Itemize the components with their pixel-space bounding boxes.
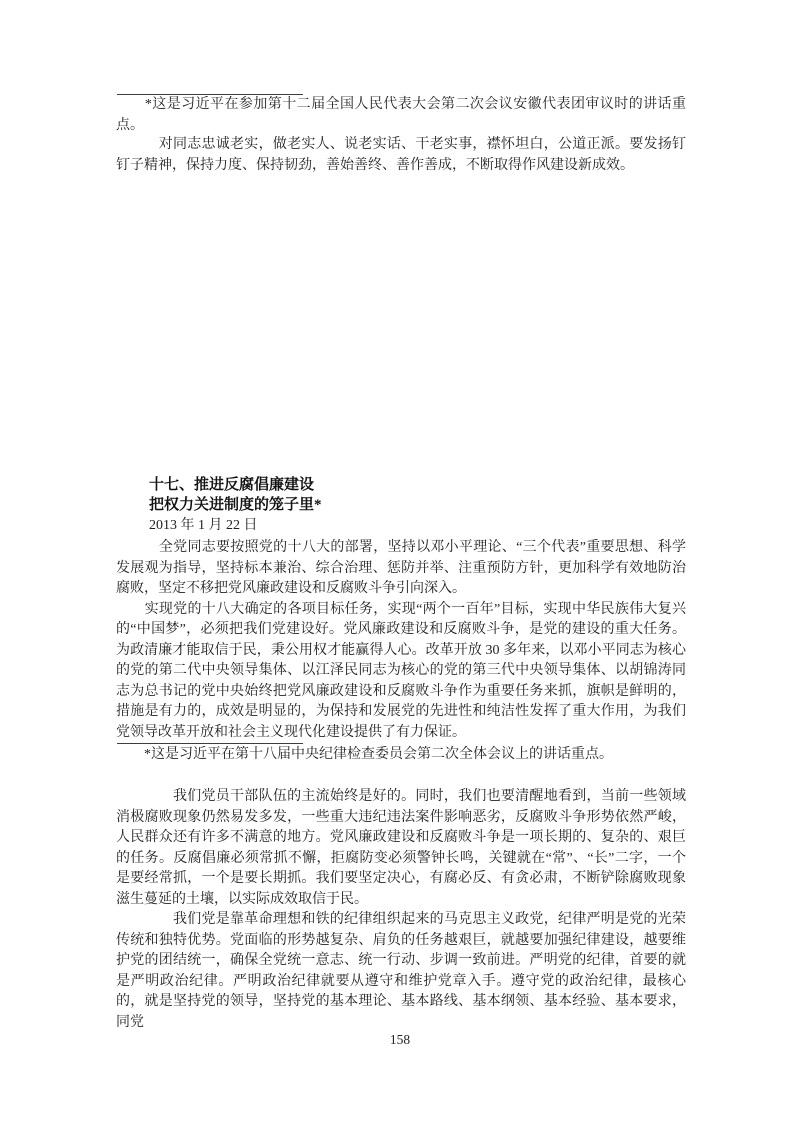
footnote-text-bottom: *这是习近平在第十八届中央纪律检查委员会第二次全体会议上的讲话重点。 [116,745,686,766]
paragraph: 我们党是靠革命理想和铁的纪律组织起来的马克思主义政党，纪律严明是党的光荣传统和独… [116,910,686,1033]
paragraph: 实现党的十八大确定的各项目标任务，实现“两个一百年”目标，实现中华民族伟大复兴的… [116,600,686,744]
section-heading: 十七、推进反腐倡廉建设 把权力关进制度的笼子里* 2013 年 1 月 22 日 [149,475,689,536]
speech-date: 2013 年 1 月 22 日 [149,516,689,536]
body-paragraph-group-1: 全党同志要按照党的十八大的部署，坚持以邓小平理论、“三个代表”重要思想、科学发展… [116,538,686,743]
paragraph-top: 对同志忠诚老实，做老实人、说老实话、干老实事，襟怀坦白，公道正派。要发扬钉钉子精… [116,135,686,176]
document-page: *这是习近平在参加第十二届全国人民代表大会第二次会议安徽代表团审议时的讲话重点。… [0,0,800,1131]
chapter-title: 十七、推进反腐倡廉建设 [149,475,689,495]
paragraph: 全党同志要按照党的十八大的部署，坚持以邓小平理论、“三个代表”重要思想、科学发展… [116,538,686,600]
speech-title: 把权力关进制度的笼子里* [149,495,689,515]
page-number: 158 [0,1032,800,1048]
footnote-text-top: *这是习近平在参加第十二届全国人民代表大会第二次会议安徽代表团审议时的讲话重点。 [116,95,686,136]
paragraph: 我们党员干部队伍的主流始终是好的。同时，我们也要清醒地看到，当前一些领域消极腐败… [116,787,686,910]
footnote-separator-bottom [117,743,303,744]
body-paragraph-group-2: 我们党员干部队伍的主流始终是好的。同时，我们也要清醒地看到，当前一些领域消极腐败… [116,787,686,1033]
